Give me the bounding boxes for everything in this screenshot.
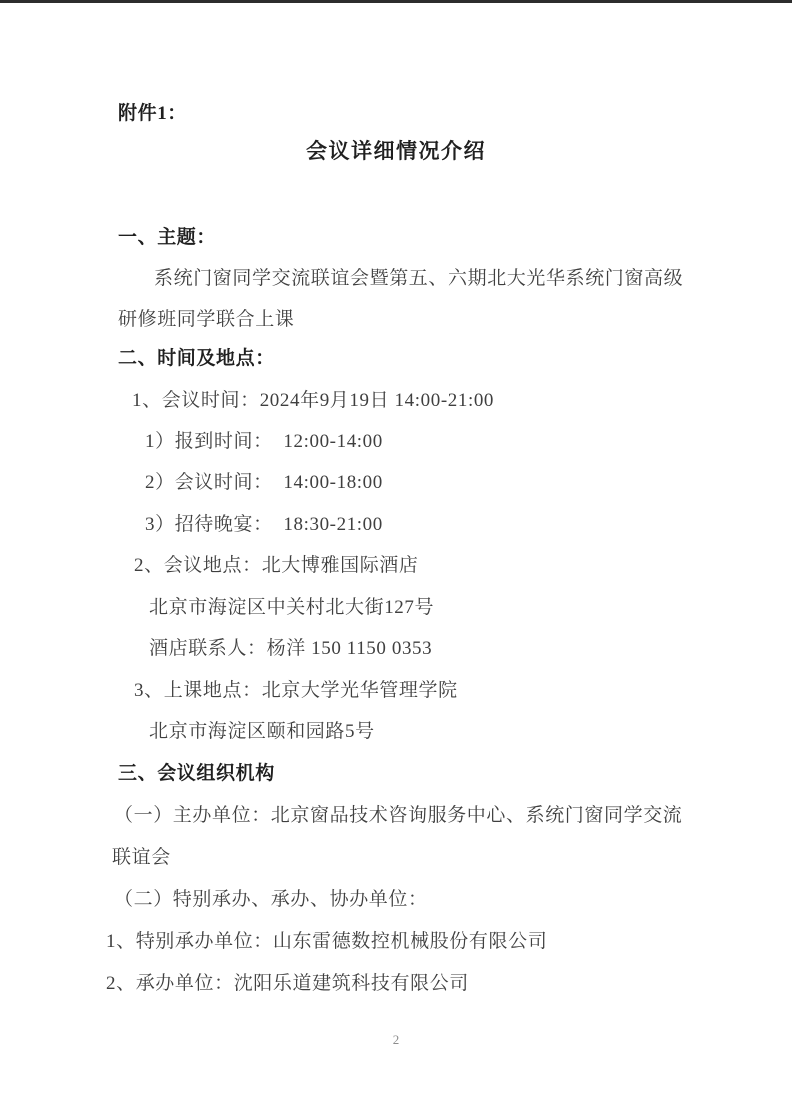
venue-address-line: 北京市海淀区中关村北大街127号 bbox=[149, 597, 434, 619]
undertaker-heading-line: （二）特别承办、承办、协办单位： bbox=[114, 889, 428, 911]
section-heading-topic: 一、主题： bbox=[118, 227, 216, 249]
page-number: 2 bbox=[0, 1033, 792, 1048]
undertaker-line: 2、承办单位：沈阳乐道建筑科技有限公司 bbox=[106, 973, 469, 995]
host-unit-line-2: 联谊会 bbox=[112, 847, 171, 869]
check-in-time-line: 1）报到时间： 12:00-14:00 bbox=[145, 431, 383, 453]
hotel-contact-line: 酒店联系人：杨洋 150 1150 0353 bbox=[149, 638, 432, 660]
topic-body-line-2: 研修班同学联合上课 bbox=[118, 309, 294, 331]
class-venue-line: 3、上课地点：北京大学光华管理学院 bbox=[134, 680, 458, 702]
class-address-line: 北京市海淀区颐和园路5号 bbox=[149, 721, 375, 743]
attachment-label: 附件1： bbox=[118, 103, 187, 125]
banquet-time-line: 3）招待晚宴： 18:30-21:00 bbox=[145, 514, 383, 536]
section-heading-organization: 三、会议组织机构 bbox=[118, 763, 275, 785]
special-undertaker-line: 1、特别承办单位：山东雷德数控机械股份有限公司 bbox=[106, 931, 547, 953]
document-page: 附件1： 会议详细情况介绍 一、主题： 系统门窗同学交流联谊会暨第五、六期北大光… bbox=[0, 0, 792, 1116]
venue-line: 2、会议地点：北大博雅国际酒店 bbox=[134, 555, 419, 577]
conference-time-line: 2）会议时间： 14:00-18:00 bbox=[145, 472, 383, 494]
document-title: 会议详细情况介绍 bbox=[0, 139, 792, 163]
meeting-time-line: 1、会议时间：2024年9月19日 14:00-21:00 bbox=[132, 390, 494, 412]
top-edge-bar bbox=[0, 0, 792, 3]
host-unit-line-1: （一）主办单位：北京窗品技术咨询服务中心、系统门窗同学交流 bbox=[114, 805, 682, 827]
topic-body-line-1: 系统门窗同学交流联谊会暨第五、六期北大光华系统门窗高级 bbox=[154, 268, 683, 290]
section-heading-time-place: 二、时间及地点： bbox=[118, 348, 275, 370]
